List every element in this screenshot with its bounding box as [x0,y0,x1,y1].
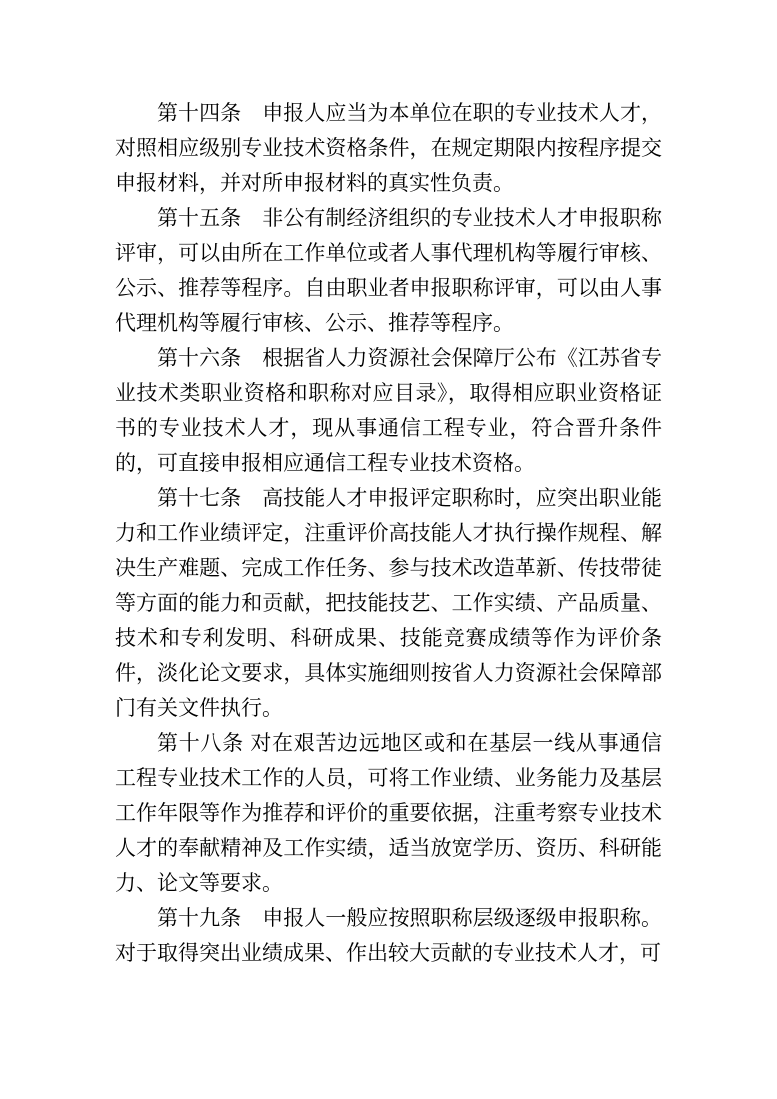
paragraph-article-14: 第十四条 申报人应当为本单位在职的专业技术人才，对照相应级别专业技术资格条件，在… [115,96,662,201]
paragraph-article-18: 第十八条 对在艰苦边远地区或和在基层一线从事通信工程专业技术工作的人员，可将工作… [115,726,662,901]
document-body: 第十四条 申报人应当为本单位在职的专业技术人才，对照相应级别专业技术资格条件，在… [115,96,662,971]
paragraph-article-19: 第十九条 申报人一般应按照职称层级逐级申报职称。对于取得突出业绩成果、作出较大贡… [115,901,662,971]
paragraph-article-17: 第十七条 高技能人才申报评定职称时，应突出职业能力和工作业绩评定，注重评价高技能… [115,481,662,726]
paragraph-article-16: 第十六条 根据省人力资源社会保障厅公布《江苏省专业技术类职业资格和职称对应目录》… [115,341,662,481]
paragraph-article-15: 第十五条 非公有制经济组织的专业技术人才申报职称评审，可以由所在工作单位或者人事… [115,201,662,341]
document-page: 第十四条 申报人应当为本单位在职的专业技术人才，对照相应级别专业技术资格条件，在… [0,0,777,1099]
